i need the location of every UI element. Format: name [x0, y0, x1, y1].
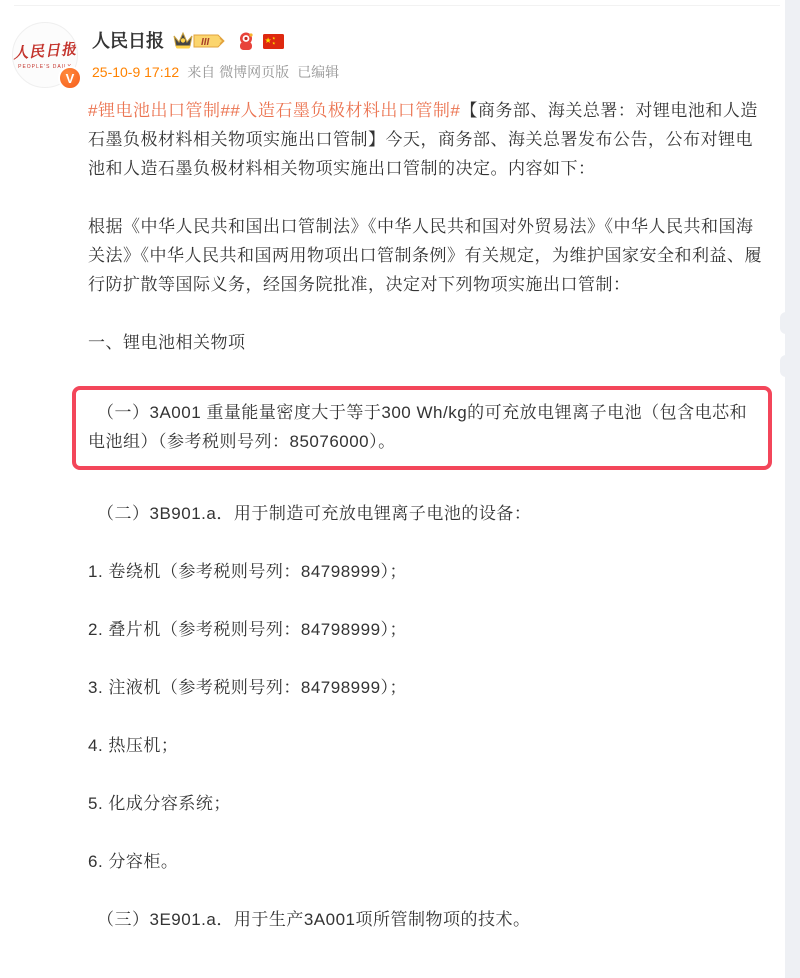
vip-crown-badge[interactable]: III — [171, 30, 229, 52]
card-top-divider — [14, 5, 780, 6]
vip-level-text: III — [201, 37, 210, 48]
avatar-logo-text: 人民日报 — [12, 38, 77, 63]
post-paragraph: 一、锂电池相关物项 — [88, 328, 765, 357]
china-flag-icon: ★ ★ ★ — [263, 34, 284, 49]
post-paragraphs: 根据《中华人民共和国出口管制法》《中华人民共和国对外贸易法》《中华人民共和国海关… — [88, 212, 765, 934]
post-paragraph: 3. 注液机（参考税则号列：84798999）； — [88, 673, 765, 702]
post-paragraph: （三）3E901.a．用于生产3A001项所管制物项的技术。 — [88, 905, 765, 934]
post-header: 人民日报 III ★ ★ ★ — [92, 28, 284, 54]
svg-text:★: ★ — [272, 40, 276, 45]
edited-label: 已编辑 — [297, 62, 339, 82]
post-content: #锂电池出口管制##人造石墨负极材料出口管制#【商务部、海关总署：对锂电池和人造… — [88, 96, 765, 963]
hashtag-link-1[interactable]: #锂电池出口管制# — [88, 101, 230, 120]
verified-v-badge: V — [58, 66, 82, 90]
page-scrollbar-track[interactable] — [785, 0, 800, 978]
source-link[interactable]: 微博网页版 — [219, 62, 289, 82]
post-paragraph: （二）3B901.a．用于制造可充放电锂离子电池的设备： — [88, 499, 765, 528]
side-toolbar-button[interactable] — [780, 312, 787, 334]
post-paragraph: 6. 分容柜。 — [88, 847, 765, 876]
post-lead-paragraph: #锂电池出口管制##人造石墨负极材料出口管制#【商务部、海关总署：对锂电池和人造… — [88, 96, 765, 183]
post-timestamp[interactable]: 25-10-9 17:12 — [92, 64, 179, 80]
post-paragraph: 2. 叠片机（参考税则号列：84798999）； — [88, 615, 765, 644]
post-paragraph: 4. 热压机； — [88, 731, 765, 760]
post-paragraph: 5. 化成分容系统； — [88, 789, 765, 818]
post-meta: 25-10-9 17:12 来自 微博网页版 已编辑 — [92, 62, 339, 82]
post-paragraph: 根据《中华人民共和国出口管制法》《中华人民共和国对外贸易法》《中华人民共和国海关… — [88, 212, 765, 299]
highlighted-paragraph: （一）3A001 重量能量密度大于等于300 Wh/kg的可充放电锂离子电池（包… — [72, 386, 772, 470]
hashtag-link-2[interactable]: #人造石墨负极材料出口管制# — [230, 101, 460, 120]
svg-text:★: ★ — [265, 36, 272, 45]
weibo-member-icon[interactable] — [236, 31, 256, 51]
username[interactable]: 人民日报 — [92, 28, 164, 54]
side-toolbar-button[interactable] — [780, 355, 787, 377]
source-prefix: 来自 — [187, 62, 215, 82]
post-paragraph: 1. 卷绕机（参考税则号列：84798999）； — [88, 557, 765, 586]
